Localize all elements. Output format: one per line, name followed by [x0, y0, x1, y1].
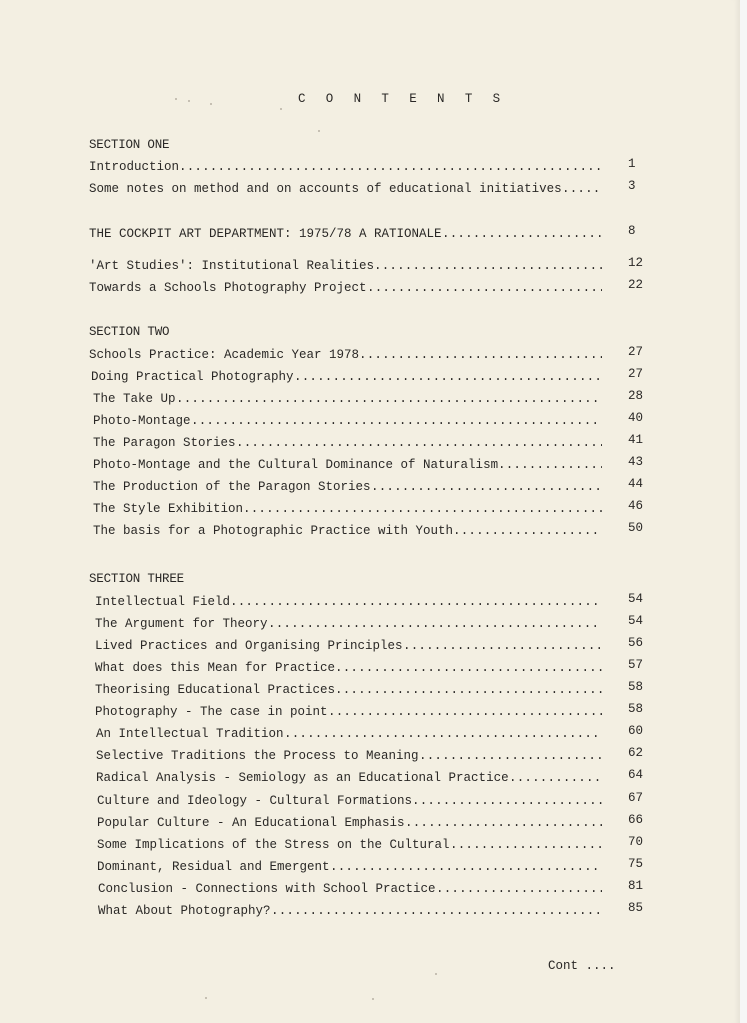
- ink-speck: [188, 100, 190, 102]
- dot-leader: ........................................…: [453, 524, 602, 538]
- toc-page-number: 56: [628, 636, 643, 650]
- toc-entry-title: Introduction: [89, 160, 179, 174]
- toc-entry[interactable]: The Paragon Stories.....................…: [93, 436, 660, 454]
- toc-entry[interactable]: Culture and Ideology - Cultural Formatio…: [97, 794, 660, 812]
- toc-page-number: 64: [628, 768, 643, 782]
- toc-entry[interactable]: Introduction............................…: [89, 160, 660, 178]
- toc-page-number: 50: [628, 521, 643, 535]
- toc-page-number: 75: [628, 857, 643, 871]
- toc-entry-title: The Take Up: [93, 392, 176, 406]
- toc-page-number: 58: [628, 702, 643, 716]
- toc-entry-title: Conclusion - Connections with School Pra…: [98, 882, 436, 896]
- toc-page-number: 70: [628, 835, 643, 849]
- toc-entry[interactable]: Lived Practices and Organising Principle…: [95, 639, 660, 657]
- continued-note: Cont ....: [548, 959, 616, 973]
- toc-entry-title: The Paragon Stories: [93, 436, 236, 450]
- dot-leader: ........................................…: [367, 281, 602, 295]
- section-heading: SECTION TWO: [89, 325, 169, 339]
- toc-page-number: 85: [628, 901, 643, 915]
- toc-entry[interactable]: Selective Traditions the Process to Mean…: [96, 749, 660, 767]
- page-edge: [740, 0, 747, 1023]
- toc-page-number: 44: [628, 477, 643, 491]
- toc-entry[interactable]: Some Implications of the Stress on the C…: [97, 838, 660, 856]
- dot-leader: ........................................…: [405, 816, 602, 830]
- toc-entry-title: Towards a Schools Photography Project: [89, 281, 367, 295]
- ink-speck: [318, 130, 320, 132]
- dot-leader: ........................................…: [335, 683, 602, 697]
- dot-leader: ........................................…: [450, 838, 602, 852]
- toc-entry-title: Photography - The case in point: [95, 705, 328, 719]
- dot-leader: ........................................…: [179, 160, 602, 174]
- dot-leader: ........................................…: [230, 595, 602, 609]
- ink-speck: [210, 103, 212, 105]
- toc-entry-title: Some Implications of the Stress on the C…: [97, 838, 450, 852]
- toc-entry-title: Lived Practices and Organising Principle…: [95, 639, 403, 653]
- toc-page-number: 1: [628, 157, 636, 171]
- toc-entry[interactable]: Radical Analysis - Semiology as an Educa…: [96, 771, 660, 789]
- dot-leader: ........................................…: [509, 771, 602, 785]
- toc-entry[interactable]: Photography - The case in point.........…: [95, 705, 660, 723]
- dot-leader: ........................................…: [419, 749, 602, 763]
- toc-page-number: 54: [628, 592, 643, 606]
- toc-entry-title: Culture and Ideology - Cultural Formatio…: [97, 794, 412, 808]
- dot-leader: ........................................…: [403, 639, 602, 653]
- section-heading: SECTION THREE: [89, 572, 184, 586]
- dot-leader: ........................................…: [562, 182, 602, 196]
- contents-title: C O N T E N T S: [298, 92, 507, 106]
- toc-entry[interactable]: THE COCKPIT ART DEPARTMENT: 1975/78 A RA…: [89, 227, 660, 245]
- toc-entry[interactable]: What does this Mean for Practice........…: [95, 661, 660, 679]
- ink-speck: [260, 234, 262, 236]
- toc-page-number: 81: [628, 879, 643, 893]
- toc-entry-title: Theorising Educational Practices: [95, 683, 335, 697]
- toc-page-number: 27: [628, 367, 643, 381]
- toc-entry[interactable]: What About Photography?.................…: [98, 904, 660, 922]
- toc-entry[interactable]: Intellectual Field......................…: [95, 595, 660, 613]
- toc-entry[interactable]: Conclusion - Connections with School Pra…: [98, 882, 660, 900]
- toc-page-number: 12: [628, 256, 643, 270]
- dot-leader: ........................................…: [371, 480, 602, 494]
- toc-entry[interactable]: The basis for a Photographic Practice wi…: [93, 524, 660, 542]
- toc-entry[interactable]: The Take Up.............................…: [93, 392, 660, 410]
- dot-leader: ........................................…: [359, 348, 602, 362]
- toc-entry[interactable]: Towards a Schools Photography Project...…: [89, 281, 660, 299]
- dot-leader: ........................................…: [412, 794, 602, 808]
- dot-leader: ........................................…: [335, 661, 602, 675]
- toc-entry-title: Popular Culture - An Educational Emphasi…: [97, 816, 405, 830]
- toc-entry-title: The Argument for Theory: [95, 617, 268, 631]
- dot-leader: ........................................…: [236, 436, 602, 450]
- dot-leader: ........................................…: [330, 860, 602, 874]
- toc-entry[interactable]: An Intellectual Tradition...............…: [96, 727, 660, 745]
- toc-page-number: 28: [628, 389, 643, 403]
- dot-leader: ........................................…: [271, 904, 602, 918]
- dot-leader: ........................................…: [284, 727, 602, 741]
- toc-page-number: 57: [628, 658, 643, 672]
- toc-entry-title: Radical Analysis - Semiology as an Educa…: [96, 771, 509, 785]
- toc-entry-title: Photo-Montage and the Cultural Dominance…: [93, 458, 498, 472]
- toc-page-number: 46: [628, 499, 643, 513]
- toc-page-number: 3: [628, 179, 636, 193]
- typed-page: C O N T E N T S SECTION ONEIntroduction.…: [0, 0, 740, 1023]
- dot-leader: ........................................…: [442, 227, 602, 241]
- toc-entry-title: What does this Mean for Practice: [95, 661, 335, 675]
- toc-entry-title: An Intellectual Tradition: [96, 727, 284, 741]
- toc-entry-title: Some notes on method and on accounts of …: [89, 182, 562, 196]
- ink-speck: [372, 998, 374, 1000]
- toc-entry-title: The Style Exhibition: [93, 502, 243, 516]
- toc-entry-title: The Production of the Paragon Stories: [93, 480, 371, 494]
- dot-leader: ........................................…: [243, 502, 602, 516]
- dot-leader: ........................................…: [176, 392, 602, 406]
- toc-page-number: 43: [628, 455, 643, 469]
- toc-entry[interactable]: Photo-Montage and the Cultural Dominance…: [93, 458, 660, 476]
- dot-leader: ........................................…: [374, 259, 602, 273]
- toc-page-number: 54: [628, 614, 643, 628]
- dot-leader: ........................................…: [328, 705, 602, 719]
- toc-entry[interactable]: Photo-Montage...........................…: [93, 414, 660, 432]
- toc-page-number: 41: [628, 433, 643, 447]
- toc-page-number: 8: [628, 224, 636, 238]
- dot-leader: ........................................…: [268, 617, 602, 631]
- dot-leader: ........................................…: [191, 414, 602, 428]
- toc-page-number: 60: [628, 724, 643, 738]
- dot-leader: ........................................…: [294, 370, 602, 384]
- toc-entry[interactable]: The Style Exhibition....................…: [93, 502, 660, 520]
- toc-entry[interactable]: Popular Culture - An Educational Emphasi…: [97, 816, 660, 834]
- toc-page-number: 66: [628, 813, 643, 827]
- dot-leader: ........................................…: [436, 882, 602, 896]
- toc-entry[interactable]: Dominant, Residual and Emergent.........…: [97, 860, 660, 878]
- toc-entry[interactable]: 'Art Studies': Institutional Realities..…: [89, 259, 660, 277]
- toc-entry-title: Intellectual Field: [95, 595, 230, 609]
- toc-entry-title: What About Photography?: [98, 904, 271, 918]
- toc-entry-title: Doing Practical Photography: [91, 370, 294, 384]
- toc-page-number: 62: [628, 746, 643, 760]
- toc-page-number: 22: [628, 278, 643, 292]
- ink-speck: [280, 108, 282, 110]
- toc-page-number: 67: [628, 791, 643, 805]
- toc-entry-title: Selective Traditions the Process to Mean…: [96, 749, 419, 763]
- toc-entry-title: 'Art Studies': Institutional Realities: [89, 259, 374, 273]
- ink-speck: [175, 98, 177, 100]
- toc-entry-title: Dominant, Residual and Emergent: [97, 860, 330, 874]
- toc-entry-title: Schools Practice: Academic Year 1978: [89, 348, 359, 362]
- toc-entry-title: Photo-Montage: [93, 414, 191, 428]
- dot-leader: ........................................…: [498, 458, 602, 472]
- toc-entry[interactable]: Theorising Educational Practices........…: [95, 683, 660, 701]
- toc-page-number: 58: [628, 680, 643, 694]
- toc-entry-title: The basis for a Photographic Practice wi…: [93, 524, 453, 538]
- section-heading: SECTION ONE: [89, 138, 169, 152]
- toc-entry[interactable]: Doing Practical Photography.............…: [91, 370, 660, 388]
- toc-entry-title: THE COCKPIT ART DEPARTMENT: 1975/78 A RA…: [89, 227, 442, 241]
- toc-entry[interactable]: Schools Practice: Academic Year 1978....…: [89, 348, 660, 366]
- toc-page-number: 40: [628, 411, 643, 425]
- toc-entry[interactable]: Some notes on method and on accounts of …: [89, 182, 660, 200]
- toc-entry[interactable]: The Production of the Paragon Stories...…: [93, 480, 660, 498]
- ink-speck: [205, 997, 207, 999]
- ink-speck: [435, 973, 437, 975]
- toc-entry[interactable]: The Argument for Theory.................…: [95, 617, 660, 635]
- toc-page-number: 27: [628, 345, 643, 359]
